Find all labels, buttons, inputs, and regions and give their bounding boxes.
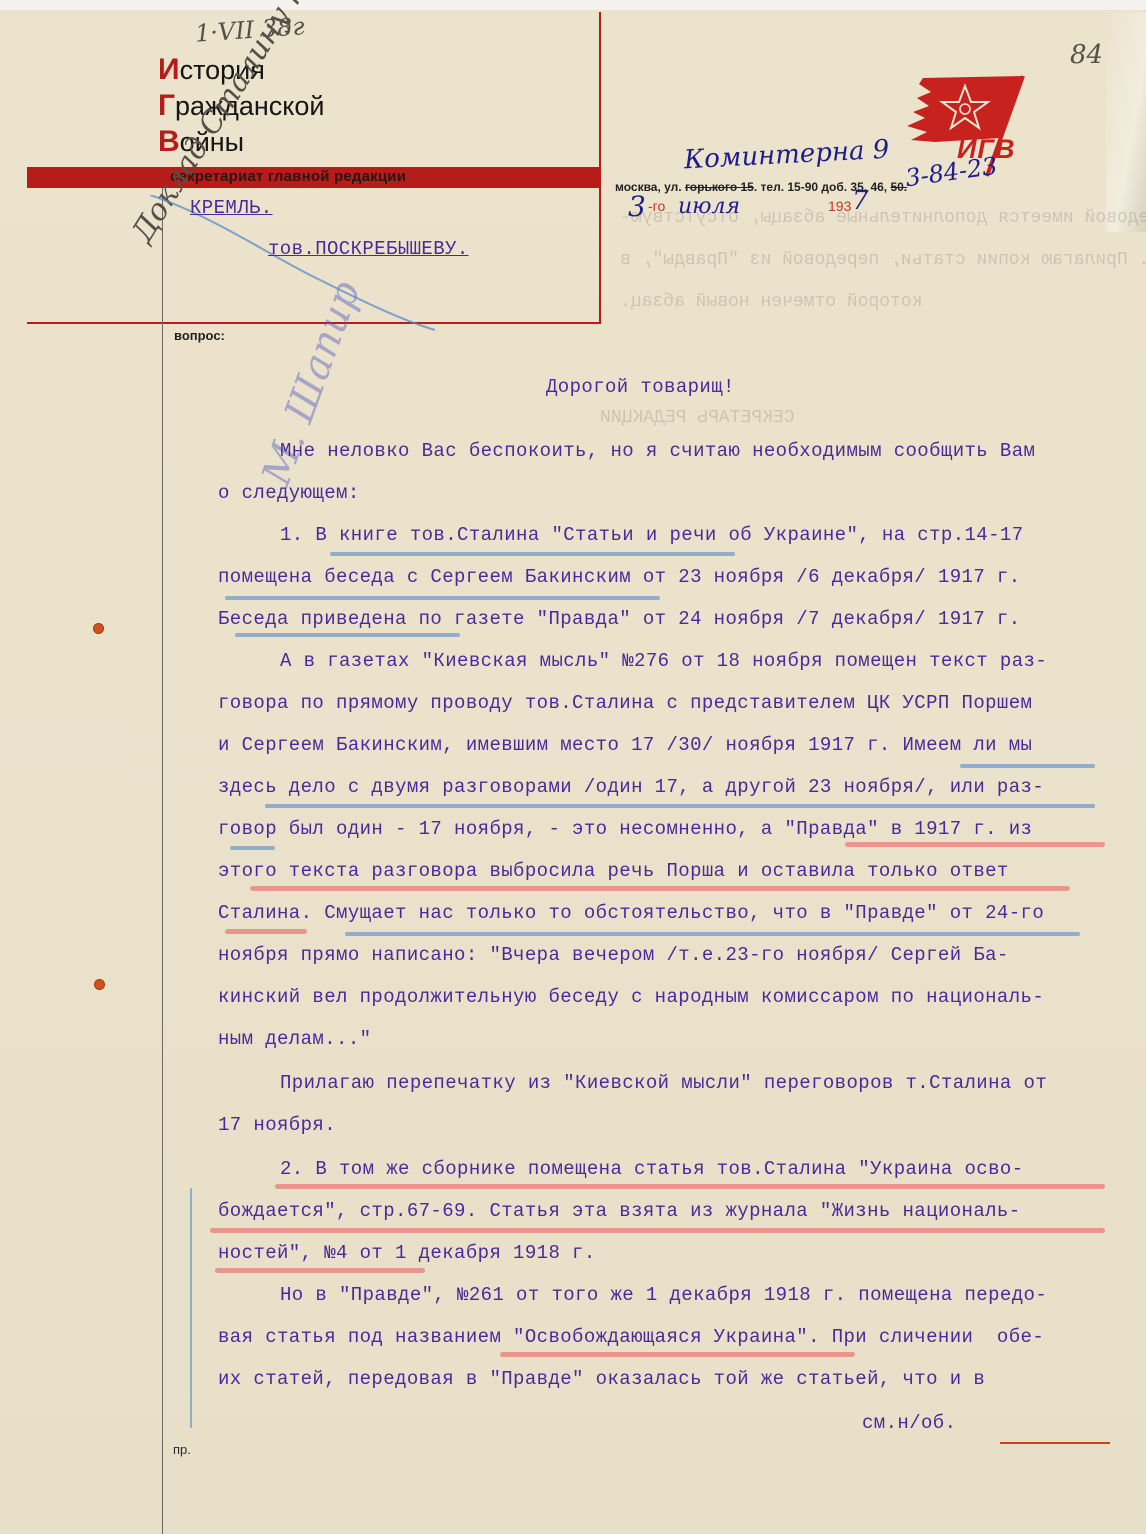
letter-line: 2. В том же сборнике помещена статья тов… — [280, 1158, 1024, 1180]
date-suffix: -го — [648, 198, 665, 214]
letter-line: здесь дело с двумя разговорами /один 17,… — [218, 776, 1044, 798]
margin-line — [162, 188, 163, 1534]
letter-line: вая статья под названием "Освобождающаяс… — [218, 1326, 1044, 1348]
red-pencil-mark — [1000, 1442, 1110, 1444]
letter-line: помещена беседа с Сергеем Бакинским от 2… — [218, 566, 1021, 588]
letter-line: Беседа приведена по газете "Правда" от 2… — [218, 608, 1021, 630]
logo-initial: Г — [158, 89, 175, 122]
letter-line: А в газетах "Киевская мысль" №276 от 18 … — [280, 650, 1047, 672]
address-suffix: . тел. 15-90 доб. 35, 46, — [754, 180, 891, 194]
recipient-line-2: тов.ПОСКРЕБЫШЕВУ. — [268, 238, 469, 260]
blue-underline — [345, 932, 1080, 936]
punch-dot — [95, 980, 104, 989]
letter-line: Мне неловко Вас беспокоить, но я считаю … — [280, 440, 1035, 462]
letter-line: 17 ноября. — [218, 1114, 336, 1136]
letter-line: и Сергеем Бакинским, имевшим место 17 /3… — [218, 734, 1032, 756]
blue-underline — [230, 846, 275, 850]
blue-underline — [265, 804, 1095, 808]
letter-line: их статей, передовая в "Правде" оказалас… — [218, 1368, 985, 1390]
letter-line: Но в "Правде", №261 от того же 1 декабря… — [280, 1284, 1047, 1306]
show-through-line: СЕКРЕТАРЬ РЕДАКЦИИ — [600, 408, 794, 428]
handwritten-year-digit: 7 — [852, 186, 869, 216]
red-underline — [500, 1352, 855, 1357]
handwritten-day: 3 — [628, 190, 646, 223]
letter-line: ностей", №4 от 1 декабря 1918 г. — [218, 1242, 596, 1264]
red-underline — [225, 929, 307, 934]
address-prefix: москва, ул. — [615, 180, 682, 194]
address-struck: горького 15 — [685, 180, 754, 194]
show-through-line: которой отмечен новый абзац. — [620, 292, 922, 312]
blue-underline — [225, 596, 660, 600]
letterhead-red-bar: секретариат главной редакции — [27, 167, 600, 188]
folded-corner — [1106, 12, 1146, 232]
printed-year: 193 — [828, 198, 851, 214]
salutation: Дорогой товарищ! — [546, 376, 735, 398]
recipient-line-1: КРЕМЛЬ. — [190, 197, 273, 219]
logo-initial: И — [158, 53, 180, 86]
red-underline — [210, 1228, 1105, 1233]
footer-label: пр. — [173, 1442, 191, 1457]
letter-line: Сталина. Смущает нас только то обстоятел… — [218, 902, 1044, 924]
address-struck-2: 50. — [890, 180, 907, 194]
letter-line: кинский вел продолжительную беседу с нар… — [218, 986, 1044, 1008]
red-underline — [215, 1268, 425, 1273]
letter-line: говора по прямому проводу тов.Сталина с … — [218, 692, 1032, 714]
show-through-line: ние т.Сталиным. Прилагаю копии статьи, п… — [620, 250, 1146, 270]
letter-line: говор был один - 17 ноября, - это несомн… — [218, 818, 1032, 840]
letter-line: 1. В книге тов.Сталина "Статьи и речи об… — [280, 524, 1024, 546]
blue-margin-bracket — [190, 1188, 192, 1428]
letter-line: ноября прямо написано: "Вчера вечером /т… — [218, 944, 1009, 966]
red-underline — [845, 842, 1105, 847]
punch-dot — [94, 624, 103, 633]
letter-line: бождается", стр.67-69. Статья эта взята … — [218, 1200, 1021, 1222]
letter-line: Прилагаю перепечатку из "Киевской мысли"… — [280, 1072, 1047, 1094]
continuation-note: см.н/об. — [862, 1412, 956, 1434]
handwritten-month: июля — [678, 194, 740, 219]
page-number: 84 — [1070, 40, 1103, 70]
letterhead-subtitle: секретариат главной редакции — [170, 168, 406, 185]
blue-underline — [960, 764, 1095, 768]
red-underline — [275, 1184, 1105, 1189]
letter-line: о следующем: — [218, 482, 360, 504]
letter-line: ным делам..." — [218, 1028, 371, 1050]
red-underline — [250, 886, 1070, 891]
blue-underline — [235, 633, 460, 637]
letter-line: этого текста разговора выбросила речь По… — [218, 860, 1009, 882]
blue-underline — [330, 552, 735, 556]
